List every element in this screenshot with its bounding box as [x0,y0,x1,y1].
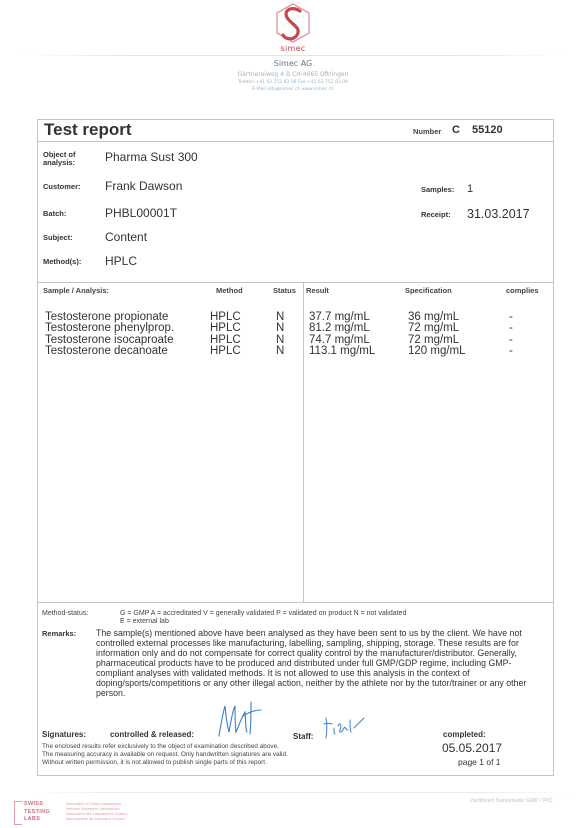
stl-line: LABS [24,816,50,824]
cell-complies: - [509,346,513,357]
cell-specification: 120 mg/mL [408,346,466,357]
footer-note: The measuring accuracy is available on r… [42,751,288,759]
certification-note: Zertifiziert Swissmedic GMP / PIC [470,798,552,804]
completed-date: 05.05.2017 [442,741,502,755]
result-column-divider [303,282,304,602]
cell-method: HPLC [210,335,241,346]
report-number-prefix: C [452,124,460,136]
table-top-rule [37,282,554,283]
controlled-released-label: controlled & released: [110,730,194,739]
object-value: Pharma Sust 300 [105,150,198,164]
samples-value: 1 [467,183,473,195]
footer-notes: The enclosed results refer exclusively t… [42,743,288,767]
method-status-rule [37,602,554,603]
report-title: Test report [44,120,132,140]
cell-method: HPLC [210,323,241,334]
customer-value: Frank Dawson [105,179,182,193]
header-result: Result [306,286,329,295]
methods-label: Method(s): [43,258,81,266]
company-name: Simec AG [0,59,586,68]
footer-note: The enclosed results refer exclusively t… [42,743,288,751]
header-sample: Sample / Analysis: [43,286,109,295]
samples-label: Samples: [421,186,454,194]
header-divider [20,55,566,56]
object-label: Object of analysis: [43,151,93,167]
page-indicator: page 1 of 1 [458,757,501,767]
assoc-line: Associazione dei Laboratori Svizzeri [66,817,127,822]
completed-label: completed: [443,730,486,739]
signature-staff-icon [322,714,366,740]
cell-specification: 72 mg/mL [408,335,459,346]
swiss-testing-labs-logo-icon [14,801,22,825]
remarks-text: The sample(s) mentioned above have been … [96,628,546,698]
methods-value: HPLC [105,254,137,268]
swiss-testing-labs-association: Association of Swiss Laboratories Verban… [66,802,127,822]
cell-method: HPLC [210,346,241,357]
subject-value: Content [105,230,147,244]
cell-complies: - [509,323,513,334]
subject-label: Subject: [43,234,73,242]
method-status-legend: G = GMP A = accreditated V = generally v… [120,610,406,617]
footer-note: Without written permission, it is not al… [42,759,288,767]
header-specification: Specification [405,286,452,295]
cell-result: 74.7 mg/mL [309,335,370,346]
method-status-legend-2: E = external lab [120,618,169,625]
cell-specification: 72 mg/mL [408,323,459,334]
header-complies: complies [506,286,539,295]
simec-logo-icon [273,2,313,46]
receipt-value: 31.03.2017 [467,207,530,221]
company-phone-fax: Telefon +41 62 752 83 08 Fax +41 62 752 … [0,80,586,85]
cell-status: N [276,346,284,357]
staff-label: Staff: [293,732,313,741]
stl-line: SWISS [24,801,50,809]
cell-result: 81.2 mg/mL [309,323,370,334]
cell-status: N [276,335,284,346]
remarks-label: Remarks: [42,630,76,638]
cell-sample: Testosterone phenylprop. [45,323,174,334]
header-status: Status [273,286,296,295]
signature-controlled-icon [215,698,265,742]
cell-status: N [276,323,284,334]
logo-wordmark: simec [263,44,323,53]
report-number-label: Number [413,127,441,136]
signatures-label: Signatures: [42,730,86,739]
stl-line: TESTING [24,809,50,817]
receipt-label: Receipt: [421,211,451,219]
footer-divider [30,792,570,793]
cell-sample: Testosterone decanoate [45,346,168,357]
customer-label: Customer: [43,183,81,191]
cell-result: 113.1 mg/mL [309,346,375,357]
batch-value: PHBL00001T [105,206,177,220]
company-email-web: E-Mail info@simec.ch www.simec.ch [0,87,586,92]
cell-complies: - [509,335,513,346]
swiss-testing-labs-wordmark: SWISS TESTING LABS [24,801,50,824]
report-number: 55120 [472,124,503,136]
method-status-label: Method-status: [42,610,88,617]
batch-label: Batch: [43,210,66,218]
company-address: Gärtnereiweg 4 B CH-4665 Oftringen [0,71,586,78]
header-method: Method [216,286,243,295]
cell-sample: Testosterone isocaproate [45,335,174,346]
